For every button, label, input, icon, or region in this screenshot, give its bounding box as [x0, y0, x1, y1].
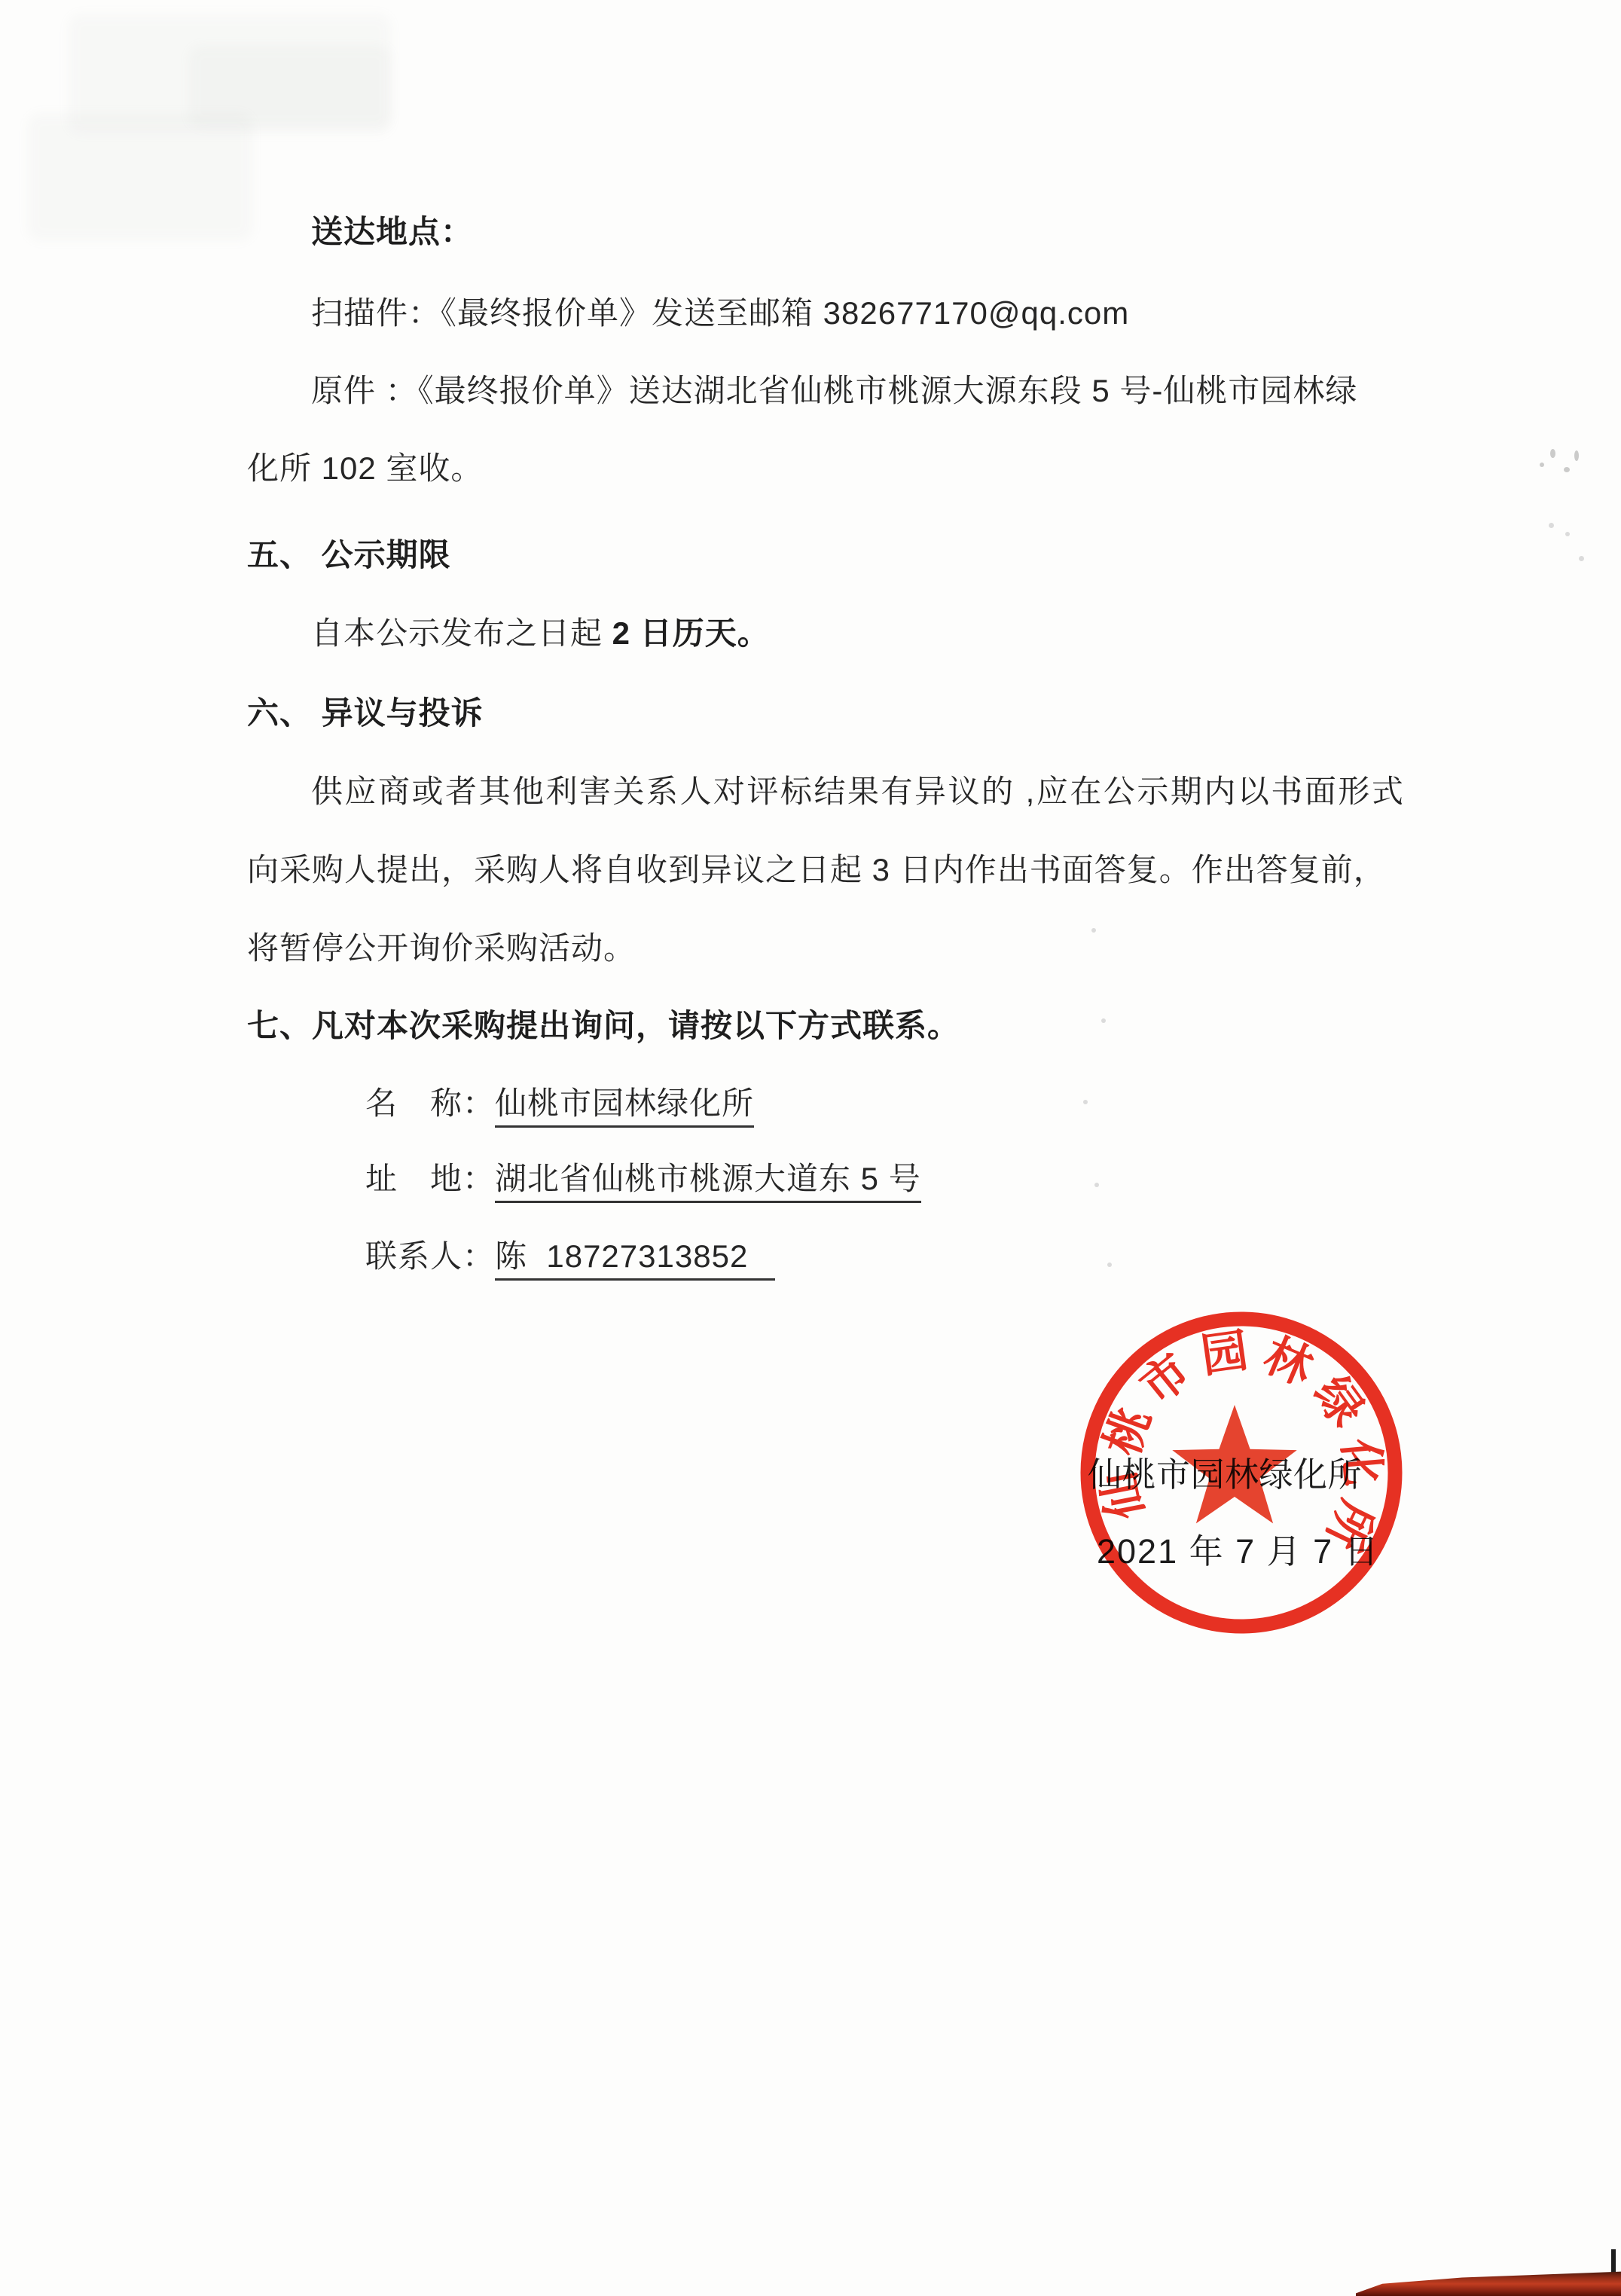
scan-speck: [1574, 450, 1579, 461]
line-original-copy-1: 原件 ：《最终报价单》送达湖北省仙桃市桃源大源东段 5 号-仙桃市园林绿: [311, 372, 1357, 410]
heading-delivery-location: 送达地点：: [311, 213, 473, 251]
scan-speck: [1564, 467, 1570, 472]
seal-char: 化: [1333, 1436, 1389, 1488]
scan-speck: [1565, 532, 1570, 536]
para-objection-line-2: 向采购人提出，采购人将自收到异议之日起 3 日内作出书面答复。作出答复前，: [247, 851, 1386, 889]
contact-person-label: 联系人：: [365, 1238, 495, 1274]
heading-section-5-publicity-period: 五、 公示期限: [247, 536, 451, 574]
contact-address-row: 址 地：湖北省仙桃市桃源大道东 5 号: [365, 1160, 921, 1198]
contact-person-value: 陈 18727313852: [495, 1238, 775, 1281]
scan-edge-bar: [1356, 2269, 1621, 2296]
period-text: 自本公示发布之日起: [311, 615, 612, 651]
scan-speck: [1101, 1018, 1106, 1023]
heading-section-6-objection: 六、 异议与投诉: [247, 695, 484, 732]
scan-smudge: [188, 45, 392, 128]
scan-smudge: [27, 113, 253, 241]
line-original-copy-2: 化所 102 室收。: [247, 450, 483, 487]
scan-speck: [1083, 1100, 1088, 1104]
scan-speck: [1094, 1183, 1099, 1187]
scan-speck: [1540, 463, 1544, 467]
scanned-document-page: 送达地点： 扫描件：《最终报价单》发送至邮箱 382677170@qq.com …: [0, 0, 1621, 2296]
seal-char: 园: [1198, 1325, 1251, 1383]
seal-char: 仙: [1094, 1467, 1154, 1524]
seal-star-icon: [1172, 1405, 1296, 1523]
contact-name-row: 名 称：仙桃市园林绿化所: [365, 1085, 754, 1122]
contact-name-value: 仙桃市园林绿化所: [495, 1085, 754, 1128]
para-objection-line-1: 供应商或者其他利害关系人对评标结果有异议的 ,应在公示期内以书面形式: [311, 773, 1405, 811]
contact-person-row: 联系人：陈 18727313852: [365, 1238, 775, 1275]
scan-speck: [1091, 928, 1096, 933]
line-scan-copy: 扫描件：《最终报价单》发送至邮箱 382677170@qq.com: [311, 295, 1129, 332]
period-days-bold: 2 日历天。: [612, 615, 770, 651]
line-publicity-period: 自本公示发布之日起 2 日历天。: [311, 615, 770, 652]
heading-section-7-contact: 七、凡对本次采购提出询问，请按以下方式联系。: [247, 1007, 960, 1045]
scan-speck: [1107, 1262, 1112, 1267]
scan-speck: [1549, 523, 1554, 528]
contact-address-value: 湖北省仙桃市桃源大道东 5 号: [495, 1161, 921, 1203]
official-red-seal: 仙 桃 市 园 林 绿 化 所: [1060, 1291, 1423, 1654]
scan-speck: [1579, 556, 1584, 561]
contact-address-label: 址 地：: [365, 1161, 495, 1196]
contact-name-label: 名 称：: [365, 1085, 495, 1121]
scan-speck: [1550, 449, 1555, 458]
para-objection-line-3: 将暂停公开询价采购活动。: [247, 930, 636, 967]
